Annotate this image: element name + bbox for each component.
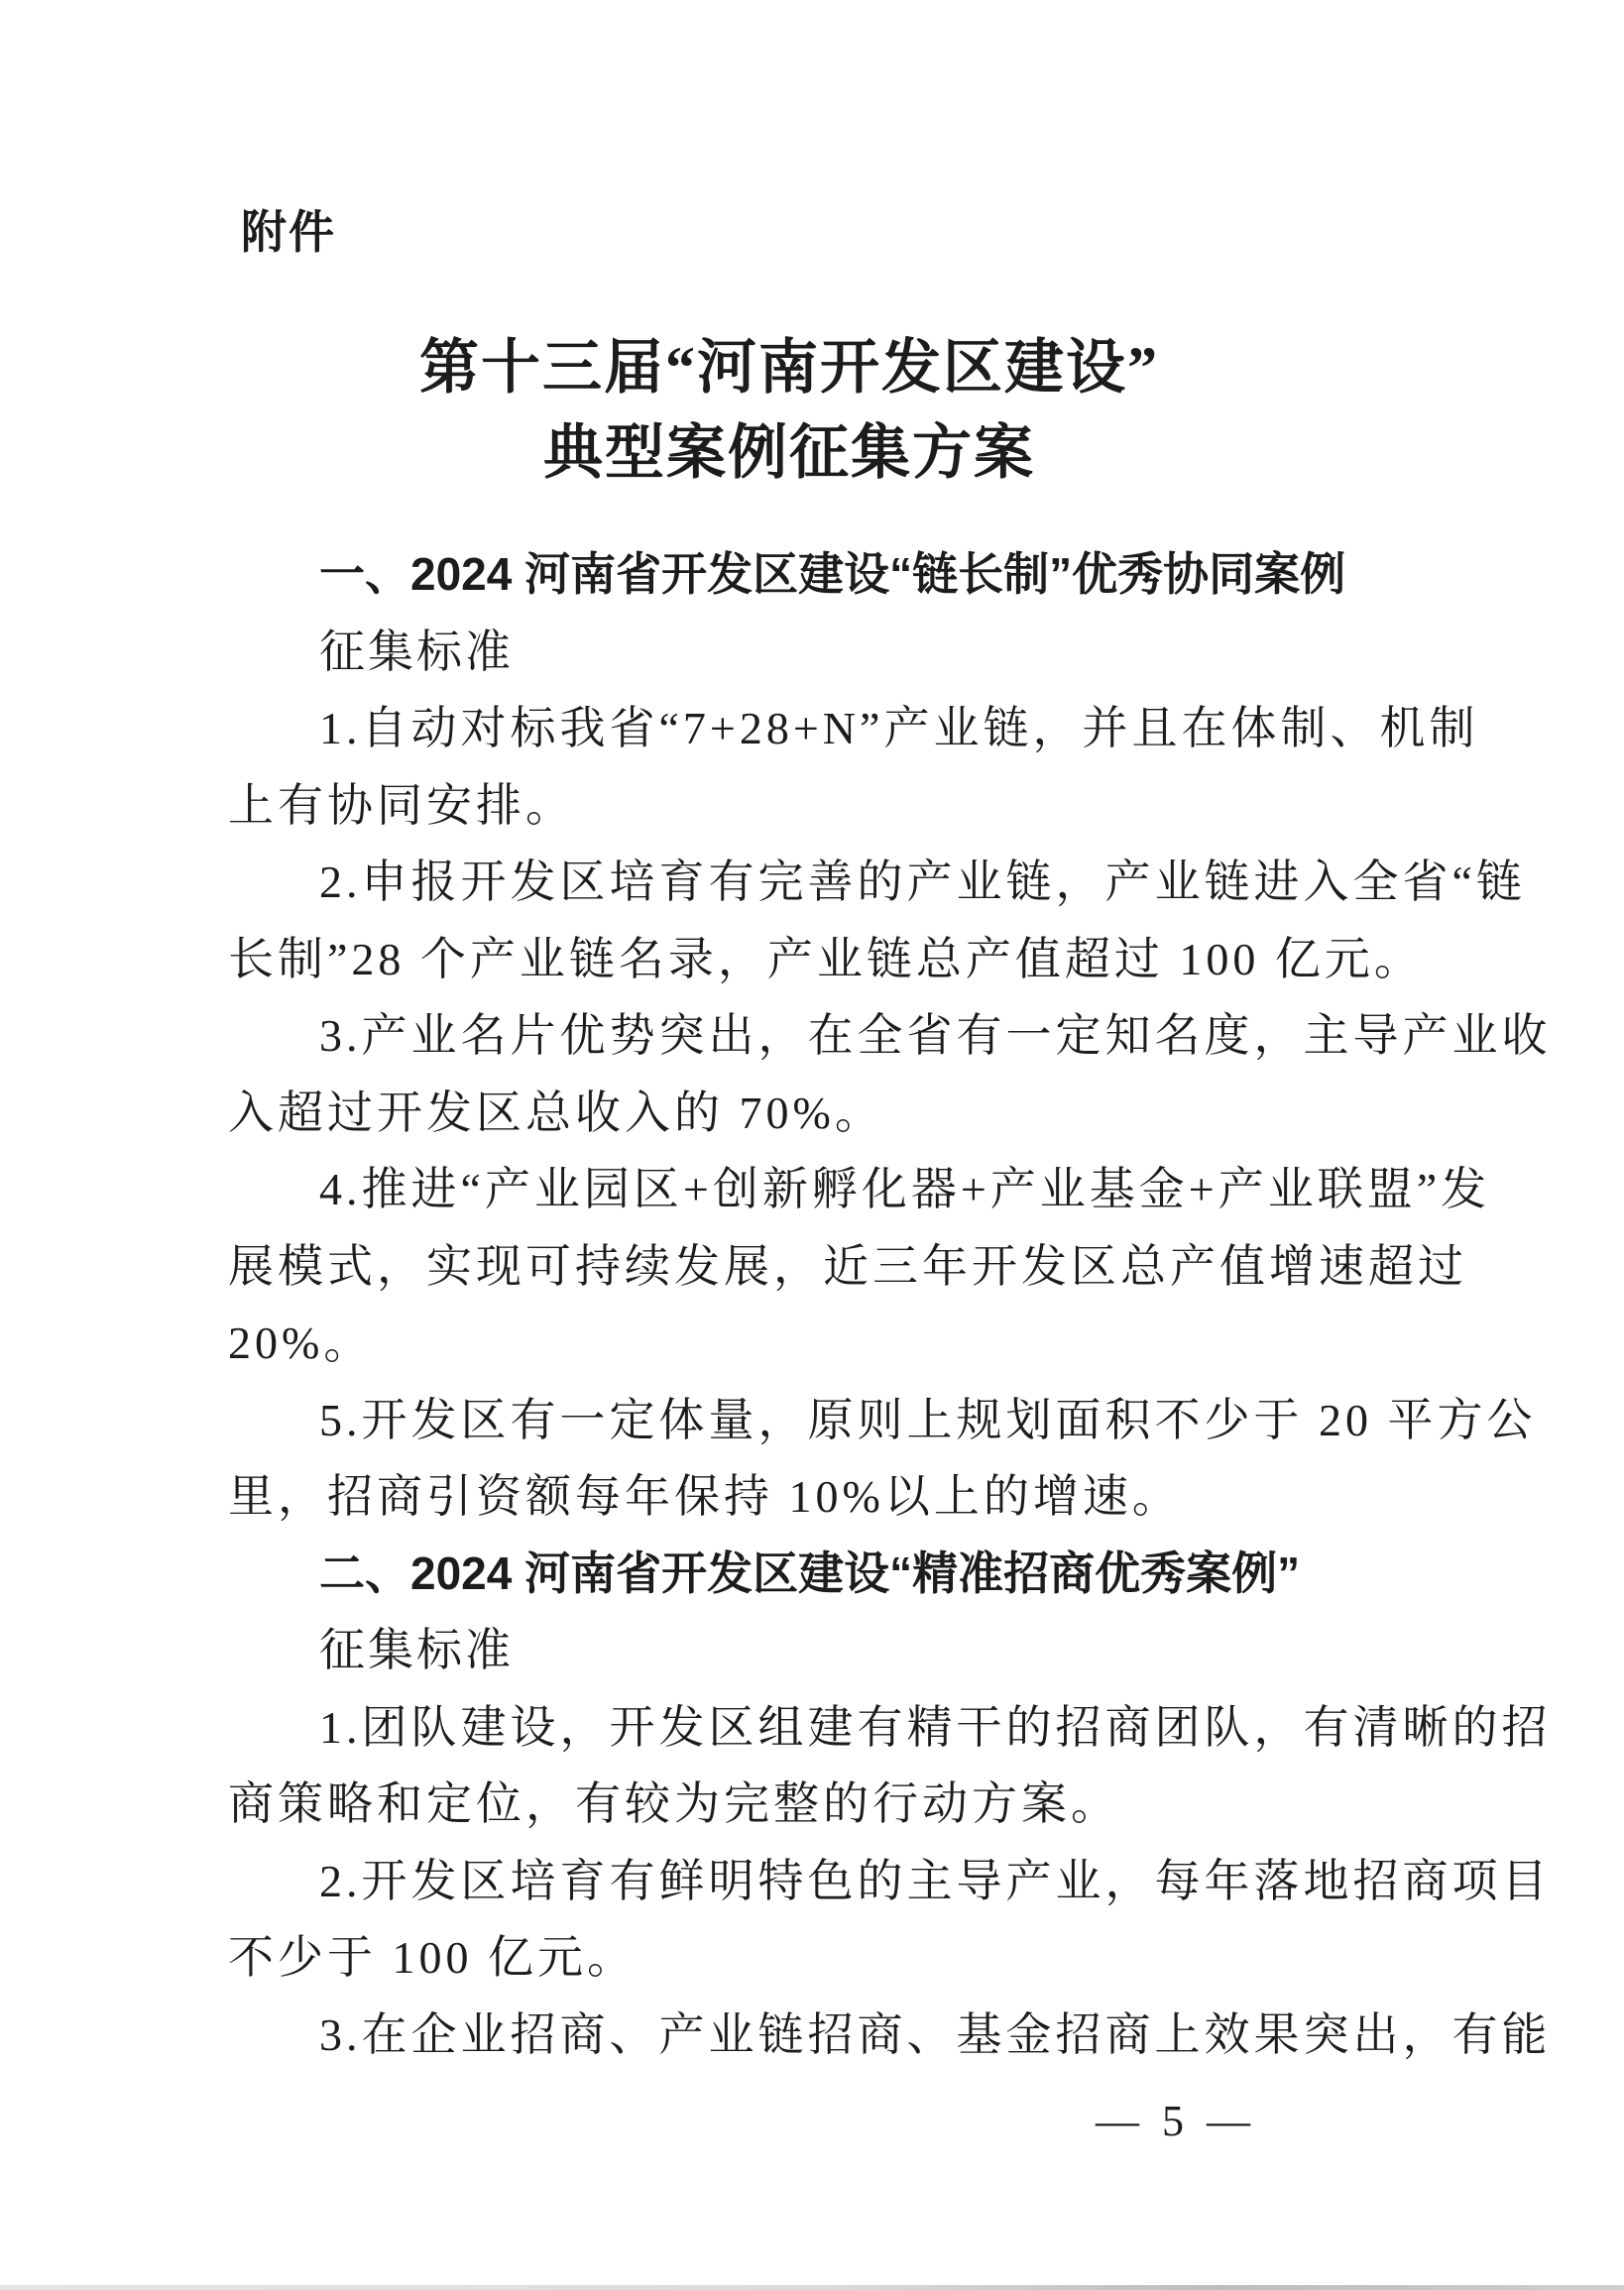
paragraph-line: 4.推进“产业园区+创新孵化器+产业基金+产业联盟”发 (228, 1151, 1358, 1228)
section-heading: 一、2024 河南省开发区建设“链长制”优秀协同案例 (228, 536, 1358, 614)
paragraph-line: 3.在企业招商、产业链招商、基金招商上效果突出，有能 (228, 1997, 1358, 2074)
document-title: 第十三届“河南开发区建设” 典型案例征集方案 (228, 325, 1350, 496)
paragraph-line: 展模式，实现可持续发展，近三年开发区总产值增速超过 (228, 1228, 1358, 1306)
paragraph-line: 入超过开发区总收入的 70%。 (228, 1075, 1358, 1152)
paragraph-line: 1.自动对标我省“7+28+N”产业链，并且在体制、机制 (228, 690, 1358, 767)
paragraph-line: 上有协同安排。 (228, 767, 1358, 845)
page-number: — 5 — (1096, 2094, 1256, 2149)
paragraph-line: 1.团队建设，开发区组建有精干的招商团队，有清晰的招 (228, 1689, 1358, 1767)
paragraph-line: 里，招商引资额每年保持 10%以上的增速。 (228, 1458, 1358, 1536)
paragraph-line: 商策略和定位，有较为完整的行动方案。 (228, 1766, 1358, 1843)
section-subheading: 征集标准 (228, 1612, 1358, 1689)
section-subheading: 征集标准 (228, 614, 1358, 691)
section-heading: 二、2024 河南省开发区建设“精准招商优秀案例” (228, 1536, 1358, 1613)
paragraph-line: 20%。 (228, 1305, 1358, 1382)
document-body: 一、2024 河南省开发区建设“链长制”优秀协同案例征集标准1.自动对标我省“7… (228, 536, 1358, 2073)
paragraph-line: 2.开发区培育有鲜明特色的主导产业，每年落地招商项目 (228, 1843, 1358, 1920)
document-title-line-2: 典型案例征集方案 (228, 410, 1350, 496)
scan-edge-artifact (0, 2285, 1624, 2290)
document-title-line-1: 第十三届“河南开发区建设” (228, 325, 1350, 410)
paragraph-line: 2.申报开发区培育有完善的产业链，产业链进入全省“链 (228, 844, 1358, 921)
paragraph-line: 3.产业名片优势突出，在全省有一定知名度，主导产业收 (228, 997, 1358, 1075)
paragraph-line: 长制”28 个产业链名录，产业链总产值超过 100 亿元。 (228, 921, 1358, 998)
paragraph-line: 不少于 100 亿元。 (228, 1919, 1358, 1997)
paragraph-line: 5.开发区有一定体量，原则上规划面积不少于 20 平方公 (228, 1382, 1358, 1459)
attachment-label: 附件 (241, 204, 336, 260)
